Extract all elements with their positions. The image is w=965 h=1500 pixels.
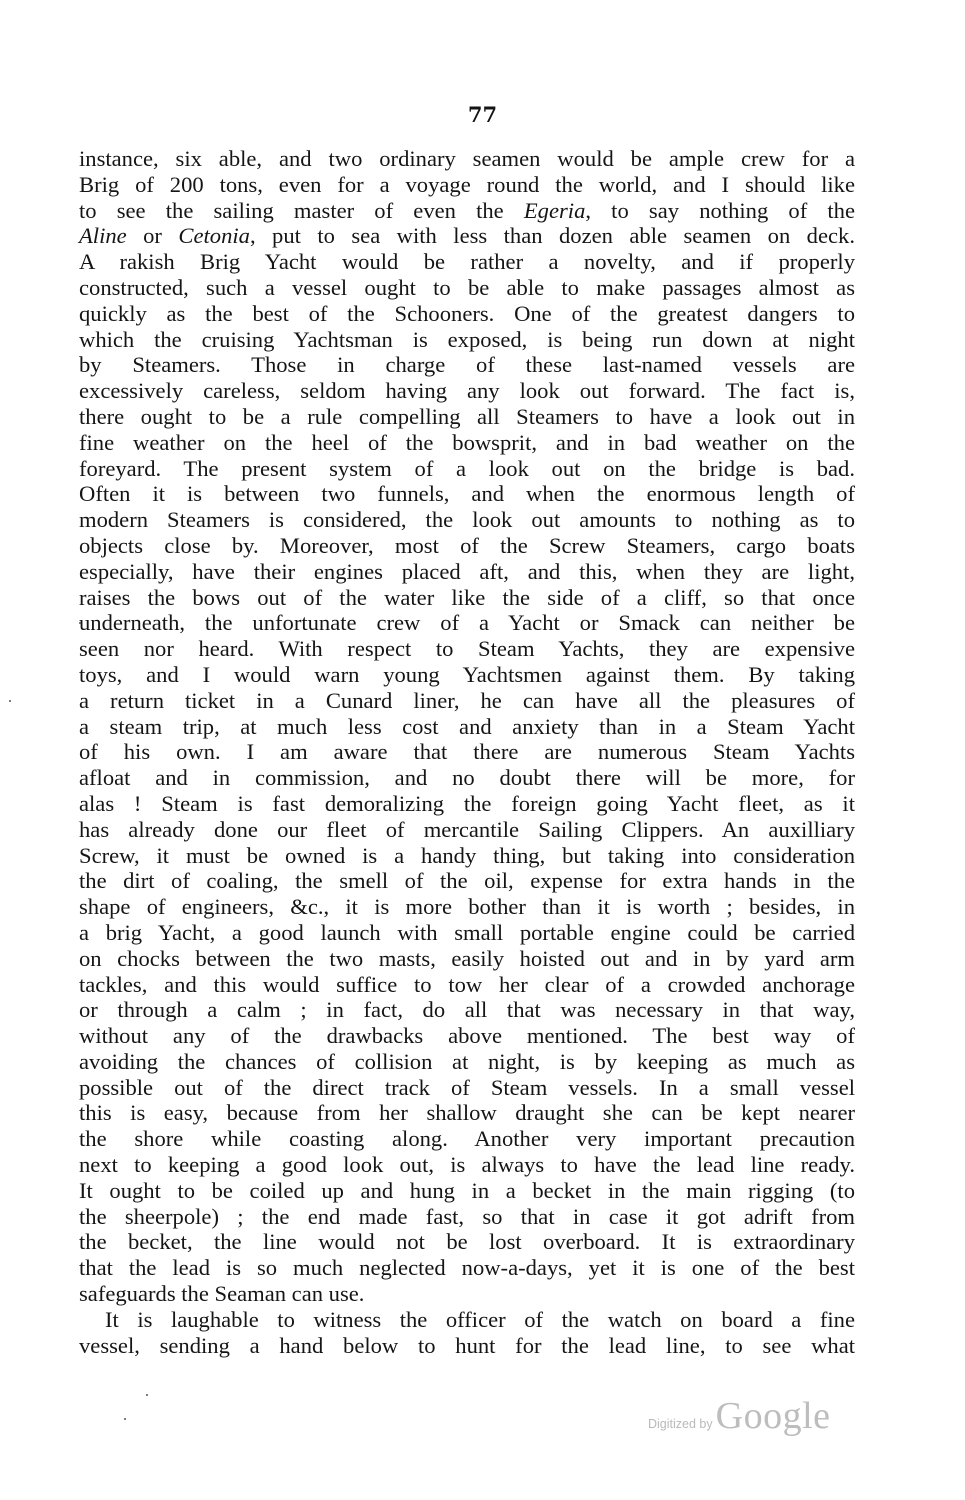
text-line: especially, have their engines placed af… [79, 559, 855, 585]
text-line: modern Steamers is considered, the look … [79, 507, 855, 533]
text-line: objects close by. Moreover, most of the … [79, 533, 855, 559]
text-line: constructed, such a vessel ought to be a… [79, 275, 855, 301]
text-line: Screw, it must be owned is a handy thing… [79, 843, 855, 869]
text-line: tackles, and this would suffice to tow h… [79, 972, 855, 998]
text-line: the sheerpole) ; the end made fast, so t… [79, 1204, 855, 1230]
text-line: raises the bows out of the water like th… [79, 585, 855, 611]
book-page: 77 instance, six able, and two ordinary … [0, 0, 965, 1500]
text-line: shape of engineers, &c., it is more both… [79, 894, 855, 920]
text-line: a return ticket in a Cunard liner, he ca… [79, 688, 855, 714]
text-line: quickly as the best of the Schooners. On… [79, 301, 855, 327]
page-number: 77 [0, 102, 965, 127]
body-text: instance, six able, and two ordinary sea… [79, 146, 855, 1358]
scan-speck [146, 1394, 148, 1396]
text-line: has already done our fleet of mercantile… [79, 817, 855, 843]
text-line: there ought to be a rule compelling all … [79, 404, 855, 430]
text-line: alas ! Steam is fast demoralizing the fo… [79, 791, 855, 817]
watermark-brand: Google [716, 1394, 831, 1438]
text-line: without any of the drawbacks above menti… [79, 1023, 855, 1049]
watermark-prefix: Digitized by [648, 1417, 713, 1431]
text-line: by Steamers. Those in charge of these la… [79, 352, 855, 378]
text-line: the dirt of coaling, the smell of the oi… [79, 868, 855, 894]
text-line: underneath, the unfortunate crew of a Ya… [79, 610, 855, 636]
text-line: a brig Yacht, a good launch with small p… [79, 920, 855, 946]
text-line: the becket, the line would not be lost o… [79, 1229, 855, 1255]
text-line: Aline or Cetonia, put to sea with less t… [79, 223, 855, 249]
text-line: next to keeping a good look out, is alwa… [79, 1152, 855, 1178]
text-line: foreyard. The present system of a look o… [79, 456, 855, 482]
text-line: avoiding the chances of collision at nig… [79, 1049, 855, 1075]
text-line: on chocks between the two masts, easily … [79, 946, 855, 972]
text-line: of his own. I am aware that there are nu… [79, 739, 855, 765]
text-line: instance, six able, and two ordinary sea… [79, 146, 855, 172]
text-line: afloat and in commission, and no doubt t… [79, 765, 855, 791]
text-line: toys, and I would warn young Yachtsmen a… [79, 662, 855, 688]
digitized-by-google-watermark: Digitized by Google [648, 1394, 831, 1438]
text-line: safeguards the Seaman can use. [79, 1281, 855, 1307]
text-line: It ought to be coiled up and hung in a b… [79, 1178, 855, 1204]
text-line: that the lead is so much neglected now-a… [79, 1255, 855, 1281]
text-line: It is laughable to witness the officer o… [79, 1307, 855, 1333]
text-line: seen nor heard. With respect to Steam Ya… [79, 636, 855, 662]
text-line: to see the sailing master of even the Eg… [79, 198, 855, 224]
scan-speck [9, 700, 11, 702]
text-line: which the cruising Yachtsman is exposed,… [79, 327, 855, 353]
text-line: Often it is between two funnels, and whe… [79, 481, 855, 507]
text-line: this is easy, because from her shallow d… [79, 1100, 855, 1126]
text-line: or through a calm ; in fact, do all that… [79, 997, 855, 1023]
text-line: Brig of 200 tons, even for a voyage roun… [79, 172, 855, 198]
text-line: a steam trip, at much less cost and anxi… [79, 714, 855, 740]
text-line: fine weather on the heel of the bowsprit… [79, 430, 855, 456]
scan-speck [79, 622, 81, 624]
text-line: A rakish Brig Yacht would be rather a no… [79, 249, 855, 275]
text-line: excessively careless, seldom having any … [79, 378, 855, 404]
text-line: vessel, sending a hand below to hunt for… [79, 1333, 855, 1359]
text-line: possible out of the direct track of Stea… [79, 1075, 855, 1101]
text-line: the shore while coasting along. Another … [79, 1126, 855, 1152]
scan-speck [124, 1418, 126, 1420]
